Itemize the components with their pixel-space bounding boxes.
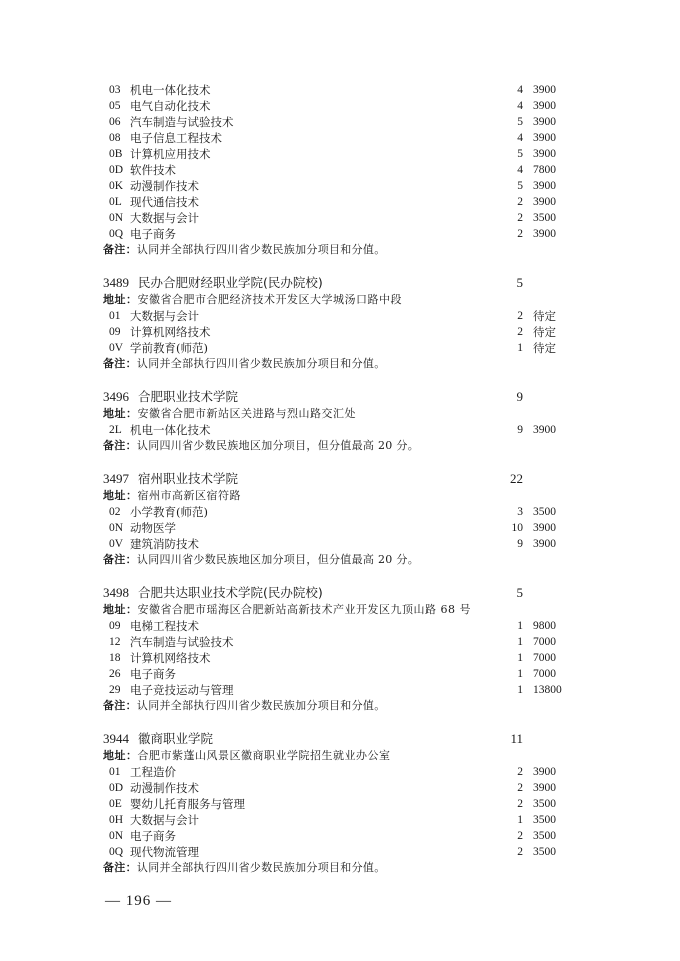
program-row: 0V学前教育(师范)1待定 (103, 340, 583, 356)
program-code: 0N (109, 210, 123, 226)
program-code: 0K (109, 178, 123, 194)
program-count: 1 (517, 812, 523, 828)
program-count: 9 (517, 536, 523, 552)
note-label: 备注： (103, 861, 137, 874)
program-code: 0N (109, 828, 123, 844)
school-section: 3498合肥共达职业技术学院(民办院校)5 地址：安徽省合肥市瑶海区合肥新站高新… (103, 584, 583, 714)
program-fee: 待定 (533, 324, 556, 340)
program-fee: 3500 (533, 504, 556, 520)
note-line: 备注：认同四川省少数民族地区加分项目，但分值最高 20 分。 (103, 438, 583, 454)
program-row: 09计算机网络技术2待定 (103, 324, 583, 340)
program-code: 0H (109, 812, 123, 828)
program-name: 动物医学 (130, 520, 176, 536)
program-count: 2 (517, 194, 523, 210)
program-row: 0L现代通信技术23900 (103, 194, 583, 210)
program-name: 大数据与会计 (130, 210, 199, 226)
school-header: 3498合肥共达职业技术学院(民办院校)5 (103, 584, 583, 602)
program-row: 05电气自动化技术43900 (103, 98, 583, 114)
school-section: 3496合肥职业技术学院9 地址：安徽省合肥市新站区关进路与烈山路交汇处 2L机… (103, 388, 583, 454)
program-name: 汽车制造与试验技术 (130, 634, 234, 650)
program-fee: 3900 (533, 520, 556, 536)
school-total: 9 (517, 388, 524, 406)
program-row: 0B计算机应用技术53900 (103, 146, 583, 162)
program-fee: 7800 (533, 162, 556, 178)
school-total: 5 (517, 584, 524, 602)
program-row: 08电子信息工程技术43900 (103, 130, 583, 146)
program-count: 4 (517, 98, 523, 114)
program-count: 9 (517, 422, 523, 438)
program-fee: 3900 (533, 146, 556, 162)
school-total: 11 (510, 730, 523, 748)
program-name: 婴幼儿托育服务与管理 (130, 796, 245, 812)
program-fee: 7000 (533, 666, 556, 682)
program-fee: 3900 (533, 114, 556, 130)
note-label: 备注： (103, 553, 137, 566)
note-line: 备注：认同并全部执行四川省少数民族加分项目和分值。 (103, 860, 583, 876)
program-code: 01 (109, 764, 121, 780)
school-name: 合肥职业技术学院 (138, 388, 238, 406)
note-line: 备注：认同并全部执行四川省少数民族加分项目和分值。 (103, 242, 583, 258)
program-code: 09 (109, 324, 121, 340)
program-code: 0V (109, 340, 123, 356)
program-count: 2 (517, 828, 523, 844)
address-label: 地址： (103, 749, 138, 762)
program-count: 5 (517, 146, 523, 162)
school-header: 3944徽商职业学院11 (103, 730, 583, 748)
school-header: 3497宿州职业技术学院22 (103, 470, 583, 488)
program-row: 02小学教育(师范)33500 (103, 504, 583, 520)
program-code: 0B (109, 146, 122, 162)
program-fee: 9800 (533, 618, 556, 634)
program-fee: 3900 (533, 422, 556, 438)
program-name: 电子商务 (130, 226, 176, 242)
program-name: 现代物流管理 (130, 844, 199, 860)
address-label: 地址： (103, 489, 138, 502)
program-name: 软件技术 (130, 162, 176, 178)
school-name: 民办合肥财经职业学院(民办院校) (138, 274, 323, 292)
program-row: 0D动漫制作技术23900 (103, 780, 583, 796)
address-label: 地址： (103, 293, 138, 306)
program-row: 18计算机网络技术17000 (103, 650, 583, 666)
program-name: 计算机网络技术 (130, 324, 211, 340)
address-line: 地址：宿州市高新区宿符路 (103, 488, 583, 504)
program-fee: 3900 (533, 178, 556, 194)
note-text: 认同并全部执行四川省少数民族加分项目和分值。 (137, 243, 386, 256)
program-code: 29 (109, 682, 121, 698)
program-code: 06 (109, 114, 121, 130)
school-id: 3497 (103, 470, 129, 488)
address-line: 地址：安徽省合肥市新站区关进路与烈山路交汇处 (103, 406, 583, 422)
school-section: 3944徽商职业学院11 地址：合肥市紫蓬山风景区徽商职业学院招生就业办公室 0… (103, 730, 583, 876)
program-name: 电子商务 (130, 666, 176, 682)
program-name: 大数据与会计 (130, 308, 199, 324)
program-row: 0D软件技术47800 (103, 162, 583, 178)
program-count: 4 (517, 130, 523, 146)
program-name: 大数据与会计 (130, 812, 199, 828)
program-code: 26 (109, 666, 121, 682)
program-count: 2 (517, 324, 523, 340)
program-row: 2L机电一体化技术93900 (103, 422, 583, 438)
program-code: 02 (109, 504, 121, 520)
program-fee: 3900 (533, 536, 556, 552)
program-fee: 待定 (533, 340, 556, 356)
note-text: 认同并全部执行四川省少数民族加分项目和分值。 (137, 699, 386, 712)
program-count: 2 (517, 780, 523, 796)
school-id: 3944 (103, 730, 129, 748)
program-code: 0N (109, 520, 123, 536)
note-text: 认同并全部执行四川省少数民族加分项目和分值。 (137, 357, 386, 370)
school-id: 3498 (103, 584, 129, 602)
program-fee: 7000 (533, 634, 556, 650)
program-row: 0Q电子商务23900 (103, 226, 583, 242)
program-row: 01大数据与会计2待定 (103, 308, 583, 324)
program-name: 电子信息工程技术 (130, 130, 222, 146)
program-fee: 3900 (533, 82, 556, 98)
program-row: 0Q现代物流管理23500 (103, 844, 583, 860)
program-name: 机电一体化技术 (130, 82, 211, 98)
program-count: 1 (517, 682, 523, 698)
program-code: 09 (109, 618, 121, 634)
program-row: 0N电子商务23500 (103, 828, 583, 844)
program-count: 2 (517, 210, 523, 226)
program-count: 2 (517, 844, 523, 860)
program-name: 电子竞技运动与管理 (130, 682, 234, 698)
address-text: 安徽省合肥市合肥经济技术开发区大学城汤口路中段 (138, 293, 403, 306)
program-code: 12 (109, 634, 121, 650)
program-code: 03 (109, 82, 121, 98)
program-count: 1 (517, 666, 523, 682)
program-count: 1 (517, 650, 523, 666)
program-fee: 3900 (533, 226, 556, 242)
program-count: 2 (517, 308, 523, 324)
program-row: 09电梯工程技术19800 (103, 618, 583, 634)
program-row: 0E婴幼儿托育服务与管理23500 (103, 796, 583, 812)
program-code: 0E (109, 796, 122, 812)
program-count: 1 (517, 634, 523, 650)
program-fee: 13800 (533, 682, 562, 698)
program-code: 08 (109, 130, 121, 146)
program-fee: 3500 (533, 210, 556, 226)
program-row: 01工程造价23900 (103, 764, 583, 780)
program-row: 0N动物医学103900 (103, 520, 583, 536)
school-total: 22 (510, 470, 523, 488)
program-count: 4 (517, 162, 523, 178)
address-text: 安徽省合肥市瑶海区合肥新站高新技术产业开发区九顶山路 68 号 (138, 603, 472, 616)
school-header: 3496合肥职业技术学院9 (103, 388, 583, 406)
note-text: 认同四川省少数民族地区加分项目，但分值最高 20 分。 (137, 553, 419, 566)
program-row: 03机电一体化技术43900 (103, 82, 583, 98)
school-name: 合肥共达职业技术学院(民办院校) (138, 584, 323, 602)
school-section: 3497宿州职业技术学院22 地址：宿州市高新区宿符路 02小学教育(师范)33… (103, 470, 583, 568)
program-row: 26电子商务17000 (103, 666, 583, 682)
program-fee: 3900 (533, 98, 556, 114)
program-fee: 待定 (533, 308, 556, 324)
program-code: 05 (109, 98, 121, 114)
program-row: 06汽车制造与试验技术53900 (103, 114, 583, 130)
continuation-section: 03机电一体化技术43900 05电气自动化技术43900 06汽车制造与试验技… (103, 82, 583, 258)
program-fee: 3500 (533, 844, 556, 860)
program-name: 现代通信技术 (130, 194, 199, 210)
note-label: 备注： (103, 357, 137, 370)
school-id: 3489 (103, 274, 129, 292)
page-number: — 196 — (105, 893, 172, 910)
address-label: 地址： (103, 603, 138, 616)
program-fee: 3500 (533, 812, 556, 828)
program-count: 3 (517, 504, 523, 520)
program-name: 小学教育(师范) (130, 504, 208, 520)
program-name: 汽车制造与试验技术 (130, 114, 234, 130)
school-total: 5 (517, 274, 524, 292)
program-name: 动漫制作技术 (130, 178, 199, 194)
program-code: 0D (109, 162, 123, 178)
program-fee: 3500 (533, 796, 556, 812)
program-name: 计算机应用技术 (130, 146, 211, 162)
school-id: 3496 (103, 388, 129, 406)
program-row: 0V建筑消防技术93900 (103, 536, 583, 552)
note-label: 备注： (103, 699, 137, 712)
program-count: 5 (517, 178, 523, 194)
school-header: 3489民办合肥财经职业学院(民办院校)5 (103, 274, 583, 292)
program-fee: 3900 (533, 130, 556, 146)
school-name: 宿州职业技术学院 (138, 470, 238, 488)
program-code: 0V (109, 536, 123, 552)
program-name: 电气自动化技术 (130, 98, 211, 114)
program-count: 2 (517, 764, 523, 780)
program-fee: 3500 (533, 828, 556, 844)
program-row: 0N大数据与会计23500 (103, 210, 583, 226)
program-code: 18 (109, 650, 121, 666)
program-fee: 3900 (533, 780, 556, 796)
note-text: 认同四川省少数民族地区加分项目，但分值最高 20 分。 (137, 439, 419, 452)
address-label: 地址： (103, 407, 138, 420)
school-name: 徽商职业学院 (138, 730, 213, 748)
program-fee: 3900 (533, 194, 556, 210)
program-name: 机电一体化技术 (130, 422, 211, 438)
program-fee: 3900 (533, 764, 556, 780)
note-label: 备注： (103, 439, 137, 452)
program-row: 0H大数据与会计13500 (103, 812, 583, 828)
program-row: 29电子竞技运动与管理113800 (103, 682, 583, 698)
program-count: 10 (512, 520, 524, 536)
program-count: 4 (517, 82, 523, 98)
address-text: 宿州市高新区宿符路 (138, 489, 242, 502)
address-line: 地址：安徽省合肥市瑶海区合肥新站高新技术产业开发区九顶山路 68 号 (103, 602, 583, 618)
program-count: 1 (517, 618, 523, 634)
address-text: 安徽省合肥市新站区关进路与烈山路交汇处 (138, 407, 357, 420)
program-code: 0L (109, 194, 122, 210)
program-name: 工程造价 (130, 764, 176, 780)
program-fee: 7000 (533, 650, 556, 666)
program-name: 电子商务 (130, 828, 176, 844)
program-count: 2 (517, 226, 523, 242)
program-name: 建筑消防技术 (130, 536, 199, 552)
address-line: 地址：合肥市紫蓬山风景区徽商职业学院招生就业办公室 (103, 748, 583, 764)
program-code: 0Q (109, 844, 123, 860)
address-text: 合肥市紫蓬山风景区徽商职业学院招生就业办公室 (138, 749, 391, 762)
note-text: 认同并全部执行四川省少数民族加分项目和分值。 (137, 861, 386, 874)
program-row: 0K动漫制作技术53900 (103, 178, 583, 194)
program-code: 2L (109, 422, 122, 438)
page-content: 03机电一体化技术43900 05电气自动化技术43900 06汽车制造与试验技… (103, 82, 583, 876)
program-code: 01 (109, 308, 121, 324)
address-line: 地址：安徽省合肥市合肥经济技术开发区大学城汤口路中段 (103, 292, 583, 308)
program-name: 计算机网络技术 (130, 650, 211, 666)
note-line: 备注：认同并全部执行四川省少数民族加分项目和分值。 (103, 356, 583, 372)
program-code: 0D (109, 780, 123, 796)
school-section: 3489民办合肥财经职业学院(民办院校)5 地址：安徽省合肥市合肥经济技术开发区… (103, 274, 583, 372)
program-row: 12汽车制造与试验技术17000 (103, 634, 583, 650)
program-count: 5 (517, 114, 523, 130)
program-code: 0Q (109, 226, 123, 242)
program-name: 电梯工程技术 (130, 618, 199, 634)
program-name: 学前教育(师范) (130, 340, 208, 356)
program-count: 1 (517, 340, 523, 356)
program-count: 2 (517, 796, 523, 812)
program-name: 动漫制作技术 (130, 780, 199, 796)
note-label: 备注： (103, 243, 137, 256)
note-line: 备注：认同四川省少数民族地区加分项目，但分值最高 20 分。 (103, 552, 583, 568)
note-line: 备注：认同并全部执行四川省少数民族加分项目和分值。 (103, 698, 583, 714)
